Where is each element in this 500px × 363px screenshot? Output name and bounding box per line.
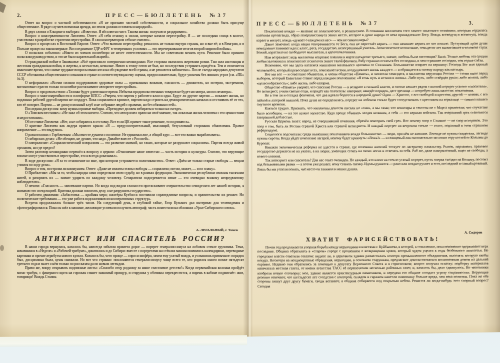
article-text: Почти год продолжается упорная борьба ме… <box>257 244 488 311</box>
page-number: 3. <box>469 21 474 27</box>
paragraph: Вопрос о многопартийности и платформе КП… <box>17 94 244 107</box>
article-heading: ХВАТИТ ФАРИСЕЙСТВОВАТЬ! <box>257 236 488 243</box>
paragraph: О неформалах: «Всеми силами поддерживаю … <box>17 81 244 90</box>
paragraph: Поклонение вождю — явление не политическ… <box>256 28 487 42</box>
paragraph: Вот мы все — и советские обыватели, и чл… <box>257 71 488 85</box>
paragraph: Никакая экономическая реформа не удастся… <box>257 145 488 159</box>
paragraph: О Прибалтике: «Мы за то, чтобы народы са… <box>17 171 244 184</box>
paragraph: О гражданской войне в Закавказье: «Всё п… <box>17 60 244 81</box>
article-heading: АНТИХРИСТ ИЛИ СПАСИТЕЛЬ РОССИИ? <box>17 235 244 243</box>
corner-mark <box>0 2 6 13</box>
scanned-bulletin: 2. ПРЕСС—БЮЛЛЕТЕНЬ №37 Ответ на вопрос о… <box>0 0 500 341</box>
paragraph: О критике Лигачева как лидера правого кр… <box>17 124 244 133</box>
page-number: 2. <box>17 13 22 19</box>
edge-smudge <box>0 245 4 251</box>
paragraph: Каяться трудно. Признать, что миллионы д… <box>257 106 488 120</box>
under-sheet-edge <box>0 335 247 347</box>
page-left: 2. ПРЕСС—БЮЛЛЕТЕНЬ №37 Ответ на вопрос о… <box>17 13 244 303</box>
page-fold <box>243 0 253 340</box>
paragraph: В ходе дискуссии: «Я за то отношение ко … <box>17 159 244 168</box>
page-header: ПРЕСС—БЮЛЛЕТЕНЬ №37 3. <box>256 20 487 27</box>
bulletin-title: ПРЕСС—БЮЛЛЕТЕНЬ №37 <box>105 13 228 19</box>
paragraph: Встреча продолжалась больше трёх часов. … <box>17 201 244 210</box>
page-header: 2. ПРЕСС—БЮЛЛЕТЕНЬ №37 <box>17 13 244 19</box>
paragraph: О «Томском вестнике»: «Не знал об этом н… <box>17 111 244 120</box>
paragraph: О польских событиях: «Никто из членов по… <box>17 51 244 60</box>
article-text: Поклонение вождю — явление не политическ… <box>256 28 488 230</box>
paragraph: Русская Церковь знает: народ, не соверши… <box>257 119 488 133</box>
article-text: В наши города вернулась, казалось бы, на… <box>17 245 244 303</box>
paragraph: Вопрос о процессах в Восточной Европе. О… <box>17 42 244 51</box>
paragraph: Давно замечено: когда нация отворачивает… <box>256 41 487 55</box>
paragraph: О печати: «Гласность — завоевание партии… <box>17 184 244 193</box>
signature: А. ЛЕГАЛЬНЫЙ, г. Томск <box>17 228 238 232</box>
page-right: ПРЕСС—БЮЛЛЕТЕНЬ №37 3. Поклонение вождю … <box>256 20 488 311</box>
paragraph: Так антихрист или спаситель? Для нас отв… <box>257 157 488 171</box>
paragraph: В наши города вернулась, казалось бы, на… <box>17 245 244 266</box>
paragraph: Почти год продолжается упорная борьба ме… <box>257 244 488 288</box>
bulletin-title: ПРЕСС—БЮЛЛЕТЕНЬ №37 <box>256 21 379 28</box>
paragraph: Социологи подсчитали: среди нынешних пок… <box>257 132 488 146</box>
paragraph: Ответ на вопрос о частной собственности:… <box>17 21 244 30</box>
article-text: Ответ на вопрос о частной собственности:… <box>17 21 244 227</box>
paragraph: Затем разговор неожиданно перешёл к вопр… <box>17 150 244 159</box>
signature: А. Сидоров <box>257 231 482 236</box>
paragraph: О плюрализме: «Социалистический плюрализ… <box>17 141 244 150</box>
paragraph: Право же, впору открывать подписные лист… <box>17 266 244 279</box>
